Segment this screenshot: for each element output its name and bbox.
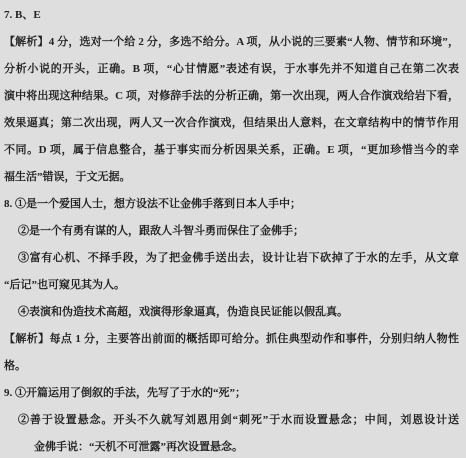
text-line: 【解析】每点 1 分，主要答出前面的概括即可给分。抓住典型动作和事件，分别归纳人…: [4, 326, 459, 353]
text-line: 演中将出现这种结果。C 项，对修辞手法的分析正确，第一次出现，两人合作演戏给岩下…: [4, 83, 459, 110]
text-line: “后记”也可窥见其为人。: [4, 272, 459, 299]
document-body: 7. B、E【解析】4 分，选对一个给 2 分，多选不给分。A 项，从小说的三要…: [4, 2, 459, 458]
text-line: 福生活”错误，于文无据。: [4, 164, 459, 191]
text-line: 金佛手说：“天机不可泄露”再次设置悬念。: [4, 434, 459, 458]
text-line: ②是一个有勇有谋的人，跟敌人斗智斗勇而保住了金佛手；: [4, 218, 459, 245]
document-page: 7. B、E【解析】4 分，选对一个给 2 分，多选不给分。A 项，从小说的三要…: [0, 0, 466, 458]
text-line: 不同。D 项，属于信息整合，基于事实而分析因果关系，正确。E 项，“更加珍惜当今…: [4, 137, 459, 164]
text-line: 格。: [4, 353, 459, 380]
text-line: 7. B、E: [4, 2, 459, 29]
text-line: ③富有心机、不择手段，为了把金佛手送出去，设计让岩下砍掉了于水的左手，从文章: [4, 245, 459, 272]
text-line: 【解析】4 分，选对一个给 2 分，多选不给分。A 项，从小说的三要素“人物、情…: [4, 29, 459, 56]
text-line: ②善于设置悬念。开头不久就写刘恩用剑“刺死”于水而设置悬念；中间，刘恩设计送: [4, 407, 459, 434]
text-line: 9. ①开篇运用了倒叙的手法，先写了于水的“死”；: [4, 380, 459, 407]
text-line: 分析小说的开头，正确。B 项，“心甘情愿”表述有误，于水事先并不知道自己在第二次…: [4, 56, 459, 83]
text-line: ④表演和伪造技术高超，戏演得形象逼真，伪造良民证能以假乱真。: [4, 299, 459, 326]
text-line: 效果逼真；第二次出现，两人又一次合作演戏，但结果出人意料，在文章结构中的情节作用: [4, 110, 459, 137]
text-line: 8. ①是一个爱国人士，想方设法不让金佛手落到日本人手中；: [4, 191, 459, 218]
